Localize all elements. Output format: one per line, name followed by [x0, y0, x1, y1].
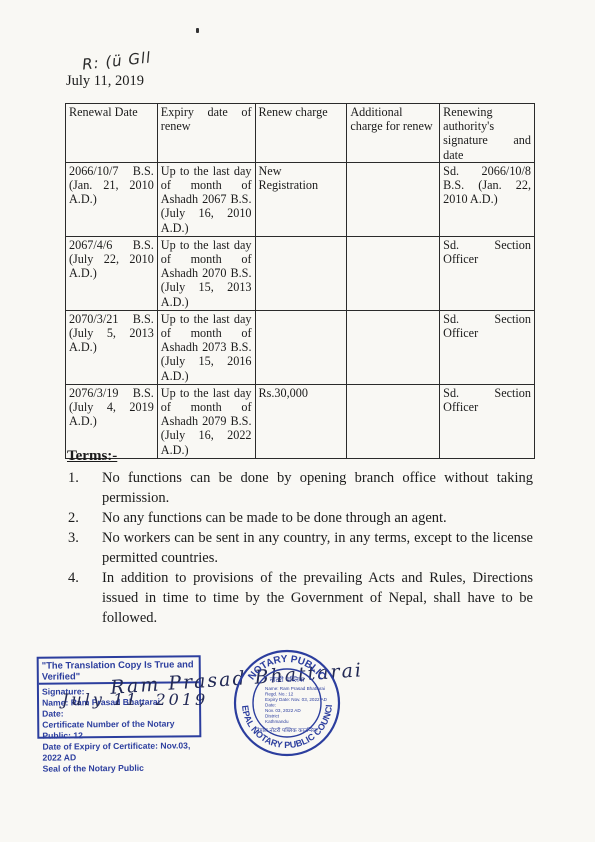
term-number: 3. — [68, 528, 102, 568]
term-number: 4. — [68, 568, 102, 628]
term-item: 1.No functions can be done by opening br… — [68, 468, 533, 508]
term-number: 2. — [68, 508, 102, 528]
cell-authority-signature: Sd. 2066/10/8 B.S. (Jan. 22, 2010 A.D.) — [440, 162, 535, 236]
cell-expiry-date: Up to the last day of month of Ashadh 20… — [157, 384, 255, 458]
document-date: July 11, 2019 — [66, 73, 144, 90]
svg-text:Expiry Date: Nov. 03, 2022 AD: Expiry Date: Nov. 03, 2022 AD — [265, 697, 328, 702]
handwritten-reference-note: R: (ü Gll — [81, 48, 152, 73]
column-header-authority-signature: Renewing authority's signature and date — [440, 104, 535, 163]
cell-authority-signature: Sd. Section Officer — [440, 384, 535, 458]
table-header-row: Renewal Date Expiry date of renew Renew … — [66, 104, 535, 163]
cell-renewal-date: 2066/10/7 B.S. (Jan. 21, 2010 A.D.) — [66, 162, 158, 236]
stamp-expiry-line: Date of Expiry of Certificate: Nov.03, 2… — [42, 740, 196, 763]
cell-additional-charge — [347, 310, 440, 384]
cell-renew-charge — [255, 236, 347, 310]
cell-renewal-date: 2067/4/6 B.S. (July 22, 2010 A.D.) — [66, 236, 158, 310]
cell-expiry-date: Up to the last day of month of Ashadh 20… — [157, 162, 255, 236]
cell-additional-charge — [347, 384, 440, 458]
table-row: 2066/10/7 B.S. (Jan. 21, 2010 A.D.)Up to… — [66, 162, 535, 236]
svg-text:नेपाल नोटरी पब्लिक काउन्सिल: नेपाल नोटरी पब्लिक काउन्सिल — [256, 727, 317, 734]
svg-text:Nov. 03, 2022 AD: Nov. 03, 2022 AD — [265, 708, 301, 713]
term-text: No functions can be done by opening bran… — [102, 468, 533, 508]
cell-additional-charge — [347, 162, 440, 236]
terms-heading: Terms:- — [67, 448, 117, 465]
term-item: 2.No any functions can be made to be don… — [68, 508, 533, 528]
cell-renew-charge: Rs.30,000 — [255, 384, 347, 458]
table-row: 2067/4/6 B.S. (July 22, 2010 A.D.)Up to … — [66, 236, 535, 310]
term-text: No any functions can be made to be done … — [102, 508, 533, 528]
stamp-seal-line: Seal of the Notary Public — [43, 762, 197, 774]
stamp-certificate-line: Certificate Number of the Notary Public:… — [42, 718, 196, 741]
cell-authority-signature: Sd. Section Officer — [440, 236, 535, 310]
svg-text:Kathmandu: Kathmandu — [265, 719, 289, 724]
column-header-renew-charge: Renew charge — [255, 104, 347, 163]
cell-expiry-date: Up to the last day of month of Ashadh 20… — [157, 310, 255, 384]
svg-text:Regd. No.: 12: Regd. No.: 12 — [265, 692, 294, 697]
svg-text:District: District — [265, 714, 280, 719]
cell-renew-charge — [255, 310, 347, 384]
term-text: No workers can be sent in any country, i… — [102, 528, 533, 568]
term-text: In addition to provisions of the prevail… — [102, 568, 533, 628]
term-number: 1. — [68, 468, 102, 508]
table-row: 2070/3/21 B.S. (July 5, 2013 A.D.)Up to … — [66, 310, 535, 384]
renewal-table: Renewal Date Expiry date of renew Renew … — [65, 103, 535, 459]
cell-authority-signature: Sd. Section Officer — [440, 310, 535, 384]
column-header-renewal-date: Renewal Date — [66, 104, 158, 163]
svg-text:नोटरी पब्लिक: नोटरी पब्लिक — [270, 675, 305, 684]
table-row: 2076/3/19 B.S. (July 4, 2019 A.D.)Up to … — [66, 384, 535, 458]
cell-renewal-date: 2070/3/21 B.S. (July 5, 2013 A.D.) — [66, 310, 158, 384]
svg-text:Name: Ram Prasad Bhattarai: Name: Ram Prasad Bhattarai — [265, 686, 325, 691]
notary-public-seal-icon: NOTARY PUBLIC NEPAL NOTARY PUBLIC COUNCI… — [232, 648, 342, 758]
term-item: 3.No workers can be sent in any country,… — [68, 528, 533, 568]
svg-text:Date:: Date: — [265, 703, 276, 708]
cell-additional-charge — [347, 236, 440, 310]
column-header-additional-charge: Additional charge for renew — [347, 104, 440, 163]
terms-list: 1.No functions can be done by opening br… — [68, 468, 533, 628]
handwritten-signature-date: July 11, 2019 — [62, 690, 208, 709]
scan-speck — [196, 28, 199, 33]
cell-expiry-date: Up to the last day of month of Ashadh 20… — [157, 236, 255, 310]
cell-renew-charge: New Registration — [255, 162, 347, 236]
column-header-expiry-date: Expiry date of renew — [157, 104, 255, 163]
term-item: 4.In addition to provisions of the preva… — [68, 568, 533, 628]
